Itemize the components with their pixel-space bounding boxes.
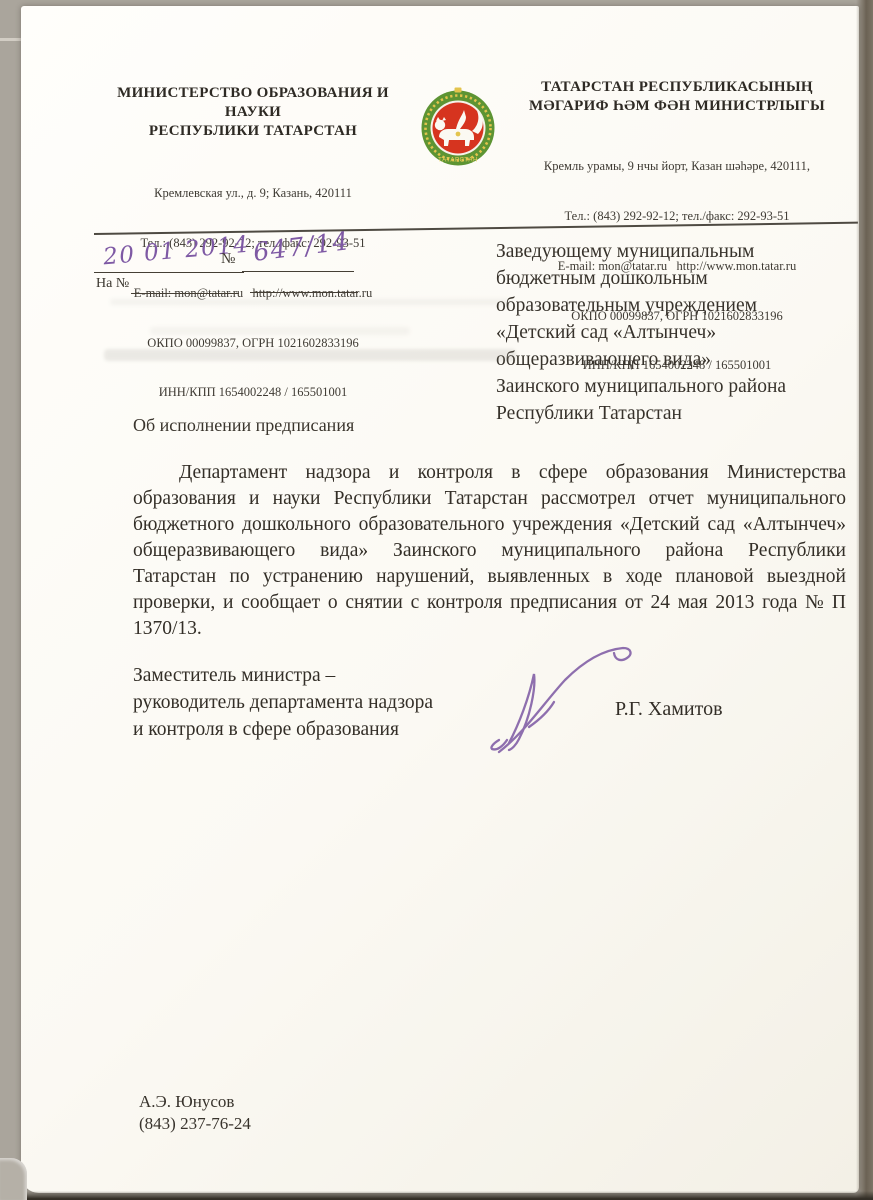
underline [131,293,239,294]
body-paragraph: Департамент надзора и контроля в сфере о… [133,460,846,642]
address-line: Кремлевская ул., д. 9; Казань, 420111 [88,185,418,202]
recipient-line: «Детский сад «Алтынчеч» [496,319,846,346]
scan-edge-bottom [0,1191,873,1200]
recipient-line: общеразвивающего вида» [496,346,846,373]
scanned-letter: МИНИСТЕРСТВО ОБРАЗОВАНИЯ И НАУКИ РЕСПУБЛ… [0,0,873,1200]
executor-phone: (843) 237-76-24 [139,1113,251,1135]
ministry-title-tatar-line2: МӘГАРИФ ҺӘМ ФӘН МИНИСТРЛЫГЫ [496,97,858,116]
signatory-title-line: Заместитель министра – [133,662,433,689]
recipient-line: Республики Татарстан [496,400,846,427]
address-line: Кремль урамы, 9 нчы йорт, Казан шәһәре, … [496,158,858,175]
scan-smudge [110,299,510,305]
underline [242,271,354,272]
address-line: ИНН/КПП 1654002248 / 165501001 [88,384,418,401]
ministry-title-russian-line2: РЕСПУБЛИКИ ТАТАРСТАН [88,122,418,141]
executor-name: А.Э. Юнусов [139,1091,251,1113]
scan-edge-right [856,0,873,1200]
emblem-crest [455,88,462,93]
signatory-title-line: и контроля в сфере образования [133,716,433,743]
recipient-line: Заведующему муниципальным [496,238,846,265]
recipient-line: образовательным учреждением [496,292,846,319]
underline [250,292,358,293]
subject-line: Об исполнении предписания [133,415,354,436]
recipient-line: Заинского муниципального района [496,373,846,400]
reference-number-label: № [221,251,235,268]
signatory-title-line: руководитель департамента надзора [133,689,433,716]
recipient-line: бюджетным дошкольным [496,265,846,292]
ministry-title-russian-line1: МИНИСТЕРСТВО ОБРАЗОВАНИЯ И НАУКИ [88,84,418,122]
emblem-label: ТАТАРСТАН [438,157,478,164]
signatory-name: Р.Г. Хамитов [615,698,723,721]
signatory-title: Заместитель министра – руководитель депа… [133,662,433,743]
executor-block: А.Э. Юнусов (843) 237-76-24 [139,1091,251,1135]
recipient-block: Заведующему муниципальным бюджетным дошк… [496,238,846,427]
tatarstan-coat-of-arms-icon: ТАТАРСТАН [419,86,497,168]
ministry-title-tatar-line1: ТАТАРСТАН РЕСПУБЛИКАСЫНЫҢ [496,78,858,97]
scanner-bed-streak [0,38,21,41]
scan-smudge [150,327,410,335]
reply-number-label: На № [96,276,129,292]
underline [94,272,244,273]
scanner-corner [0,1158,27,1200]
scan-smudge [104,349,516,361]
